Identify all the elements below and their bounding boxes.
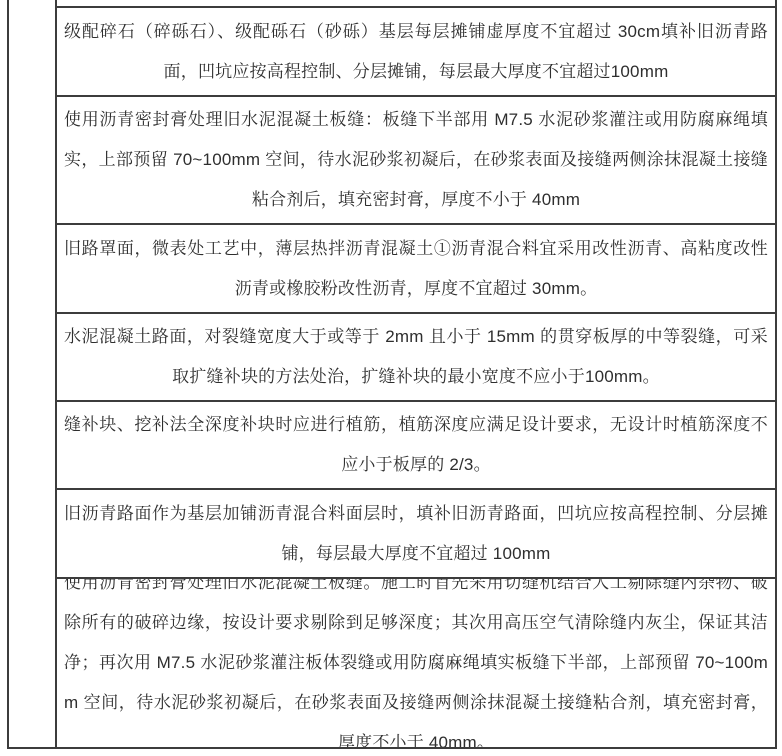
spec-text: 级配碎石（碎砾石）、级配砾石（砂砾）基层每层摊铺虚厚度不宜超过 30cm填补旧沥…	[64, 12, 768, 92]
table-row: 旧沥青路面作为基层加铺沥青混合料面层时，填补旧沥青路面，凹坑应按高程控制、分层摊…	[57, 488, 775, 577]
spec-table: 级配碎石（碎砾石）、级配砾石（砂砾）基层每层摊铺虚厚度不宜超过 30cm填补旧沥…	[7, 0, 777, 749]
spec-text: 水泥混凝土路面，对裂缝宽度大于或等于 2mm 且小于 15mm 的贯穿板厚的中等…	[64, 317, 768, 397]
table-row: 水泥混凝土路面，对裂缝宽度大于或等于 2mm 且小于 15mm 的贯穿板厚的中等…	[57, 312, 775, 400]
table-row: 级配碎石（碎砾石）、级配砾石（砂砾）基层每层摊铺虚厚度不宜超过 30cm填补旧沥…	[57, 6, 775, 95]
spec-text: 使用沥青密封膏处理旧水泥混凝土板缝：板缝下半部用 M7.5 水泥砂浆灌注或用防腐…	[64, 100, 768, 220]
spec-text: 使用沥青密封膏处理旧水泥混凝土板缝。施工时首先采用切缝机结合人工剔除缝内杂物、破…	[64, 577, 768, 747]
table-row: 旧路罩面，微表处工艺中，薄层热拌沥青混凝土①沥青混合料宜采用改性沥青、高粘度改性…	[57, 223, 775, 312]
table-row: 使用沥青密封膏处理旧水泥混凝土板缝。施工时首先采用切缝机结合人工剔除缝内杂物、破…	[57, 577, 775, 747]
index-column-cell	[9, 0, 57, 747]
table-row: 缝补块、挖补法全深度补块时应进行植筋，植筋深度应满足设计要求，无设计时植筋深度不…	[57, 400, 775, 488]
spec-text: 缝补块、挖补法全深度补块时应进行植筋，植筋深度应满足设计要求，无设计时植筋深度不…	[64, 405, 768, 485]
spec-text: 旧路罩面，微表处工艺中，薄层热拌沥青混凝土①沥青混合料宜采用改性沥青、高粘度改性…	[64, 229, 768, 309]
document-page: 级配碎石（碎砾石）、级配砾石（砂砾）基层每层摊铺虚厚度不宜超过 30cm填补旧沥…	[0, 0, 782, 756]
spec-text: 旧沥青路面作为基层加铺沥青混合料面层时，填补旧沥青路面，凹坑应按高程控制、分层摊…	[64, 494, 768, 574]
table-row: 使用沥青密封膏处理旧水泥混凝土板缝：板缝下半部用 M7.5 水泥砂浆灌注或用防腐…	[57, 95, 775, 223]
spec-column: 级配碎石（碎砾石）、级配砾石（砂砾）基层每层摊铺虚厚度不宜超过 30cm填补旧沥…	[57, 0, 775, 747]
